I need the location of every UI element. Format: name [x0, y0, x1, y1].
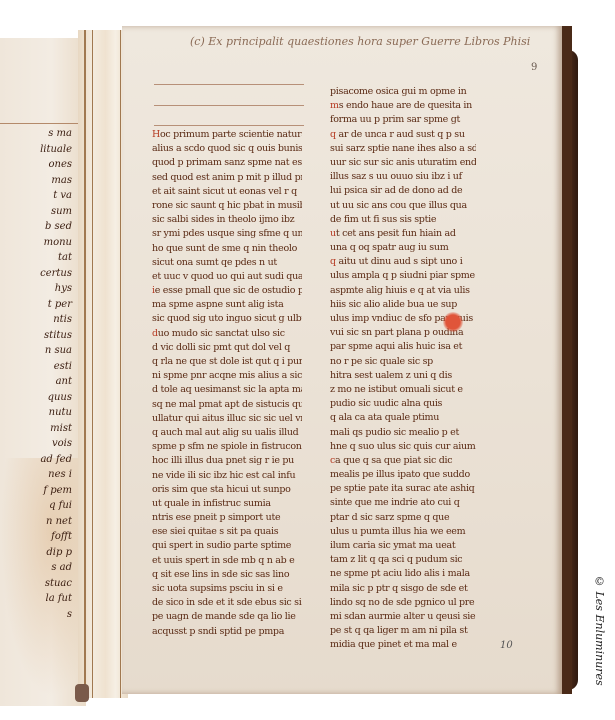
- manuscript-line: no r pe sic quale sic sp: [330, 355, 476, 369]
- manuscript-line: sicut ona sumt qe pdes n ut: [152, 256, 302, 270]
- manuscript-line: ut quale in infistruc sumia: [152, 497, 302, 511]
- manuscript-line: d vic dolli sic pmt qut dol vel q: [152, 341, 302, 355]
- manuscript-line: monu: [0, 235, 80, 251]
- manuscript-line: qui spert in sudio parte sptime: [152, 539, 302, 553]
- manuscript-line: sed quod est anim p mit p illud prat: [152, 171, 302, 185]
- manuscript-line: q aitu ut dinu aud s sipt uno i: [330, 255, 476, 269]
- manuscript-line: ho que sunt de sme q nin theolo: [152, 242, 302, 256]
- manuscript-line: spme p sfm ne spiole in fistrucon: [152, 440, 302, 454]
- page-edge: [120, 30, 121, 698]
- red-wax-mark: [443, 312, 463, 332]
- manuscript-line: pe uagn de mande sde qa lio lie: [152, 610, 302, 624]
- manuscript-line: q ala ca ata quale ptimu: [330, 411, 476, 425]
- header-annotation: (c) Ex principalit quaestiones hora supe…: [190, 35, 530, 48]
- manuscript-line: et uuc v quod uo qui aut sudi quar: [152, 270, 302, 284]
- manuscript-line: hiis sic alio alide bua ue sup: [330, 298, 476, 312]
- manuscript-line: ut uu sic ans cou que illus qua: [330, 199, 476, 213]
- manuscript-line: ma spme aspne sunt alig ista: [152, 298, 302, 312]
- manuscript-line: Hoc primum parte scientie naturalis huma…: [152, 128, 302, 142]
- folio-number-top: 9: [531, 62, 537, 73]
- manuscript-line: ut cet ans pesit fun hiain ad: [330, 227, 476, 241]
- manuscript-line: lituale: [0, 142, 80, 158]
- manuscript-line: ntis: [0, 312, 80, 328]
- manuscript-line: una q oq spatr aug iu sum: [330, 241, 476, 255]
- manuscript-line: ulus ampla q p siudni piar spme: [330, 269, 476, 283]
- manuscript-line: quod p primam sanz spme nat est sicut: [152, 156, 302, 170]
- manuscript-line: alius a scdo quod sic q ouis bunis: [152, 142, 302, 156]
- manuscript-line: et uuis spert in sde mb q n ab e: [152, 554, 302, 568]
- manuscript-line: tat: [0, 250, 80, 266]
- manuscript-line: par spme aqui alis huic isa et: [330, 340, 476, 354]
- manuscript-line: sui sarz sptie nane ihes also a sde: [330, 142, 476, 156]
- manuscript-line: q auch mal aut alig su ualis illud: [152, 426, 302, 440]
- manuscript-line: ptar d sic sarz spme q que: [330, 511, 476, 525]
- manuscript-line: mali qs pudio sic mealio p et: [330, 426, 476, 440]
- text-column-b: pisacome osica gui m opme inms endo haue…: [330, 85, 476, 653]
- manuscript-line: quus: [0, 390, 80, 406]
- manuscript-line: sum: [0, 204, 80, 220]
- blank-ruled-header: [154, 84, 304, 126]
- manuscript-line: z mo ne istibut omuali sicut e: [330, 383, 476, 397]
- manuscript-line: s ad: [0, 560, 80, 576]
- manuscript-line: hoc illi illus dua pnet sig r ie pu: [152, 454, 302, 468]
- manuscript-line: s: [0, 607, 80, 623]
- manuscript-line: hne q suo ulus sic quis cur aium: [330, 440, 476, 454]
- book-gutter: [78, 30, 128, 698]
- manuscript-line: ilum caria sic ymat ma ueat: [330, 539, 476, 553]
- manuscript-line: mila sic p ptr q sisgo de sde et: [330, 582, 476, 596]
- manuscript-line: ese siei quitae s sit pa quais: [152, 525, 302, 539]
- manuscript-line: ad fed: [0, 452, 80, 468]
- manuscript-line: sic salbi sides in theolo ijmo ibz: [152, 213, 302, 227]
- manuscript-line: ni spme pnr acqne mis alius a sic: [152, 369, 302, 383]
- manuscript-line: n net: [0, 514, 80, 530]
- manuscript-line: illus saz s uu ouuo siu ibz i uf: [330, 170, 476, 184]
- manuscript-line: q ar de unca r aud sust q p su: [330, 128, 476, 142]
- text-column-a: Hoc primum parte scientie naturalis huma…: [152, 128, 302, 639]
- manuscript-line: uur sic sur sic anis uturatim ende: [330, 156, 476, 170]
- manuscript-line: n sua: [0, 343, 80, 359]
- manuscript-line: t per: [0, 297, 80, 313]
- manuscript-line: q sit ese lins in sde sic sas lino: [152, 568, 302, 582]
- manuscript-line: ones: [0, 157, 80, 173]
- manuscript-line: ca que q sa que piat sic dic: [330, 454, 476, 468]
- manuscript-line: midia que pinet et ma mal e: [330, 638, 476, 652]
- manuscript-line: ullatur qui aitus illuc sic sic uel vne: [152, 412, 302, 426]
- manuscript-line: stuac: [0, 576, 80, 592]
- manuscript-line: esti: [0, 359, 80, 375]
- manuscript-line: s ma: [0, 126, 80, 142]
- manuscript-line: certus: [0, 266, 80, 282]
- manuscript-line: stitus: [0, 328, 80, 344]
- manuscript-line: b sed: [0, 219, 80, 235]
- manuscript-line: pe st q qa liger m am ni pila st: [330, 624, 476, 638]
- manuscript-line: nutu: [0, 405, 80, 421]
- ruling-line: [0, 123, 82, 124]
- manuscript-line: sic uota supsims psciu in si e: [152, 582, 302, 596]
- manuscript-line: forma uu p prim sar spme gt: [330, 113, 476, 127]
- manuscript-line: ne spme pt aciu lido alis i mala: [330, 567, 476, 581]
- manuscript-line: sinte que me indrie ato cui q: [330, 496, 476, 510]
- manuscript-line: ie esse pmall que sic de ostudio pr: [152, 284, 302, 298]
- folio-number-bottom: 10: [500, 640, 513, 651]
- manuscript-line: pudio sic uudic alna quis: [330, 397, 476, 411]
- manuscript-line: q rla ne que st dole ist qut q i puma: [152, 355, 302, 369]
- manuscript-line: f pem: [0, 483, 80, 499]
- manuscript-line: sic quod sig uto inguo sicut g ulbus: [152, 312, 302, 326]
- left-page: s malitualeonesmast vasumb sedmonutatcer…: [0, 38, 86, 706]
- manuscript-line: fofft: [0, 529, 80, 545]
- manuscript-line: mas: [0, 173, 80, 189]
- binding-clasp: [75, 684, 89, 702]
- left-page-text: s malitualeonesmast vasumb sedmonutatcer…: [0, 126, 80, 622]
- manuscript-line: hitra sest ualem z uni q dis: [330, 369, 476, 383]
- manuscript-line: ms endo haue are de quesita in: [330, 99, 476, 113]
- manuscript-line: ant: [0, 374, 80, 390]
- manuscript-line: pe sptie pate ita surac ate ashiq: [330, 482, 476, 496]
- manuscript-line: hys: [0, 281, 80, 297]
- manuscript-line: duo mudo sic sanctat ulso sic: [152, 327, 302, 341]
- manuscript-line: aspmte alig hiuis e q at via ulis: [330, 284, 476, 298]
- copyright-notice: © Les Enluminures: [582, 575, 606, 715]
- page-edge: [92, 30, 93, 698]
- manuscript-line: mist: [0, 421, 80, 437]
- page-edge: [84, 30, 86, 698]
- manuscript-line: sq ne mal pmat apt de sistucis que: [152, 398, 302, 412]
- manuscript-line: q fui: [0, 498, 80, 514]
- manuscript-line: nes i: [0, 467, 80, 483]
- manuscript-line: d tole aq uesimanst sic la apta ma: [152, 383, 302, 397]
- manuscript-line: lui psica sir ad de dono ad de: [330, 184, 476, 198]
- manuscript-line: oris sim que sta hicui ut sunpo: [152, 483, 302, 497]
- manuscript-line: ntris ese pneit p simport ute: [152, 511, 302, 525]
- manuscript-line: la fut: [0, 591, 80, 607]
- manuscript-line: vois: [0, 436, 80, 452]
- manuscript-line: et ait saint sicut ut eonas vel r q: [152, 185, 302, 199]
- manuscript-line: t va: [0, 188, 80, 204]
- manuscript-line: mealis pe illus ipato que suddo: [330, 468, 476, 482]
- manuscript-line: acqusst p sndi sptid pe pmpa: [152, 625, 302, 639]
- manuscript-line: lindo sq no de sde pgnico ul pre: [330, 596, 476, 610]
- manuscript-line: tam z lit q qa sci q pudum sic: [330, 553, 476, 567]
- manuscript-line: rone sic saunt q hic pbat in musibz: [152, 199, 302, 213]
- manuscript-line: dip p: [0, 545, 80, 561]
- manuscript-line: pisacome osica gui m opme in: [330, 85, 476, 99]
- manuscript-line: ne vide ili sic ibz hic est cal infu: [152, 469, 302, 483]
- manuscript-line: de sico in sde et it sde ebus sic sico: [152, 596, 302, 610]
- manuscript-line: de fim ut fi sus sis sptie: [330, 213, 476, 227]
- manuscript-line: ulus u pumta illus hia we eem: [330, 525, 476, 539]
- manuscript-line: sr ymi pdes usque sing sfme q una: [152, 227, 302, 241]
- manuscript-line: mi sdan aurmie alter u qeusi sie: [330, 610, 476, 624]
